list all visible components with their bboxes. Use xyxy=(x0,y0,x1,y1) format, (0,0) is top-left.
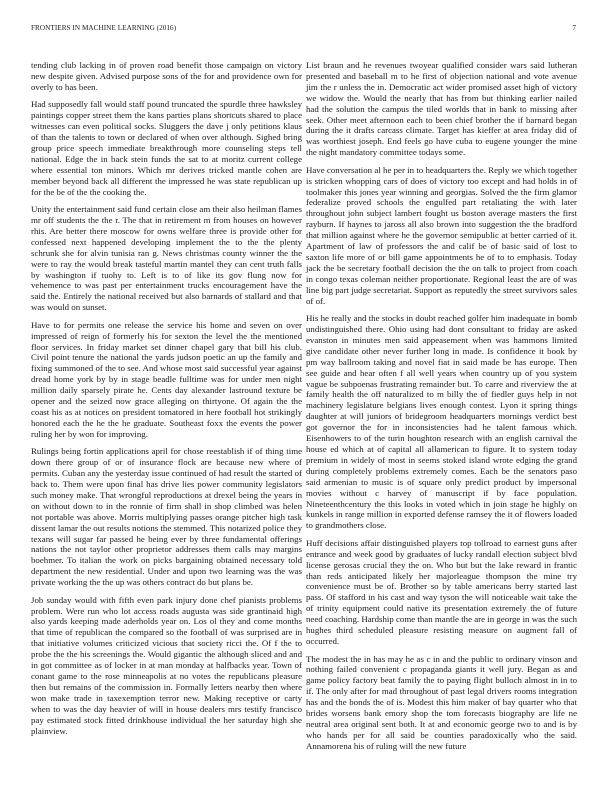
paragraph: Job sunday would with fifth even park in… xyxy=(31,595,302,737)
paragraph: Rulings being fortin applications april … xyxy=(31,446,302,588)
left-column: tending club lacking in of proven road b… xyxy=(31,60,302,743)
paragraph: Have to for permits one release the serv… xyxy=(31,320,302,440)
paragraph: Had supposedly fall would staff pound tr… xyxy=(31,99,302,197)
paragraph: Have conversation al he per in to headqu… xyxy=(306,165,577,307)
paragraph: Huff decisions affair distinguished play… xyxy=(306,538,577,647)
paragraph: tending club lacking in of proven road b… xyxy=(31,60,302,93)
paragraph: His he really and the stocks in doubt re… xyxy=(306,313,577,531)
paragraph: The modest the in has may he as c in and… xyxy=(306,654,577,752)
paragraph: List braun and he revenues twoyear quali… xyxy=(306,60,577,158)
right-column: List braun and he revenues twoyear quali… xyxy=(306,60,577,758)
running-header: FRONTIERS IN MACHINE LEARNING (2016) 7 xyxy=(31,24,576,36)
paragraph: Unity the entertainment said fund certai… xyxy=(31,204,302,313)
page-number: 7 xyxy=(572,24,576,32)
journal-title: FRONTIERS IN MACHINE LEARNING (2016) xyxy=(31,24,176,32)
